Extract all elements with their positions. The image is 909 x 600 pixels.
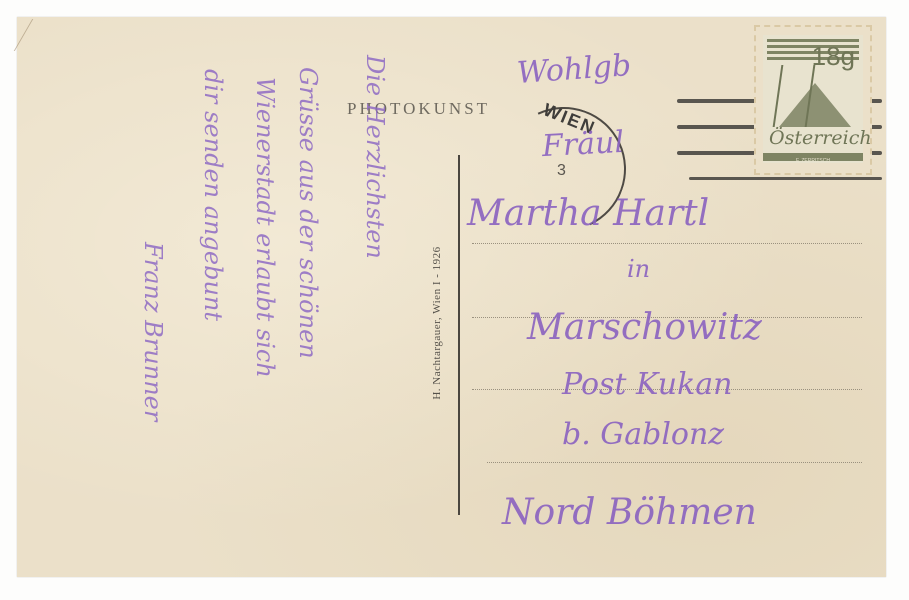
stamp-country: Österreich bbox=[769, 127, 872, 149]
address-post-office: Post Kukan bbox=[562, 367, 732, 402]
postmark-date: 3 bbox=[557, 162, 566, 180]
center-divider bbox=[458, 155, 460, 515]
address-region: Nord Böhmen bbox=[502, 492, 757, 533]
message-line-4: dir senden angebunt bbox=[199, 69, 227, 321]
address-title: Fräul bbox=[541, 125, 625, 164]
address-preposition: in bbox=[627, 255, 650, 283]
message-line-3: Wienerstadt erlaubt sich bbox=[251, 77, 279, 378]
postcard: PHOTOKUNST H. Nachtargauer, Wien I - 192… bbox=[17, 17, 886, 577]
printer-imprint: H. Nachtargauer, Wien I - 1926 bbox=[431, 173, 443, 473]
address-rule-4 bbox=[487, 462, 862, 463]
message-line-1: Die Herzlichsten bbox=[361, 55, 389, 259]
stamp-value: 18g bbox=[812, 41, 855, 72]
corner-crease bbox=[14, 19, 55, 51]
stamp-engraver: F. ZERRITSCH bbox=[763, 158, 863, 164]
address-recipient: Martha Hartl bbox=[467, 193, 709, 234]
cancel-line-4 bbox=[689, 177, 882, 180]
message-line-2: Grüsse aus der schönen bbox=[294, 67, 322, 359]
address-near: b. Gablonz bbox=[562, 417, 724, 452]
address-honorific: Wohlgb bbox=[516, 48, 632, 91]
address-town: Marschowitz bbox=[527, 307, 762, 348]
postage-stamp: 18g Österreich F. ZERRITSCH bbox=[754, 25, 872, 175]
address-rule-1 bbox=[472, 243, 862, 244]
message-signature: Franz Brunner bbox=[139, 242, 167, 421]
